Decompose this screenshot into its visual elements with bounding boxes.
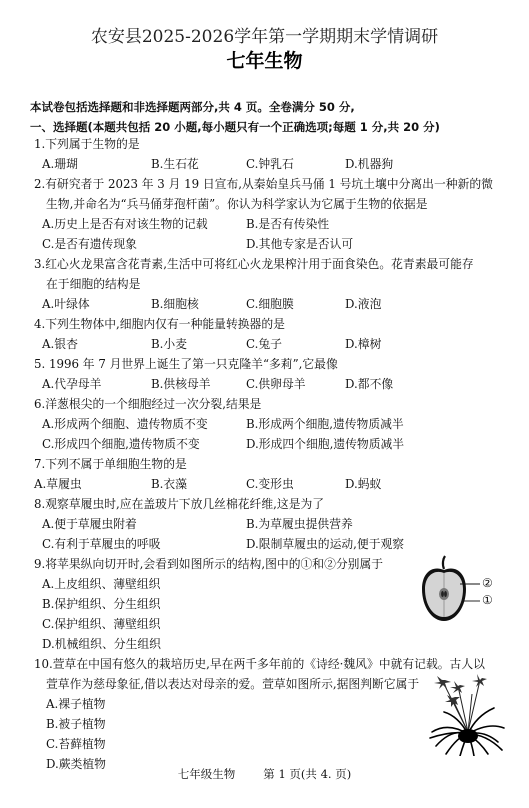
option-d: D.机器狗 (345, 156, 393, 172)
apple-figure: ② ① (418, 555, 518, 627)
option-b: B.是否有传染性 (246, 216, 329, 232)
option-b: B.形成两个细胞,遗传物质减半 (246, 416, 404, 432)
option-c: C.形成四个细胞,遗传物质不变 (42, 436, 200, 452)
option-d: D.限制草履虫的运动,便于观察 (246, 536, 404, 552)
label-1: ① (482, 593, 493, 607)
question-stem: 5. 1996 年 7 月世界上诞生了第一只克隆羊“多莉”,它最像 (34, 356, 338, 372)
option-b: B.供核母羊 (151, 376, 211, 392)
exam-subtitle: 七年生物 (0, 46, 529, 73)
daylily-figure (428, 672, 508, 756)
option-c: C.有利于草履虫的呼吸 (42, 536, 161, 552)
option-d: D.形成四个细胞,遗传物质减半 (246, 436, 404, 452)
question-stem: 10.萱草在中国有悠久的栽培历史,早在两千多年前的《诗经·魏风》中就有记载。古人… (34, 656, 485, 672)
question-stem: 1.下列属于生物的是 (34, 136, 140, 152)
option-b: B.被子植物 (46, 716, 106, 732)
question-stem: 7.下列不属于单细胞生物的是 (34, 456, 187, 472)
option-a: A.代孕母羊 (42, 376, 101, 392)
question-stem: 6.洋葱根尖的一个细胞经过一次分裂,结果是 (34, 396, 261, 412)
option-a: A.上皮组织、薄壁组织 (42, 576, 160, 592)
option-a: A.草履虫 (34, 476, 82, 492)
option-a: A.便于草履虫附着 (42, 516, 137, 532)
option-c: C.是否有遗传现象 (42, 236, 137, 252)
option-a: A.裸子植物 (46, 696, 105, 712)
question-stem: 4.下列生物体中,细胞内仅有一种能量转换器的是 (34, 316, 285, 332)
option-d: D.液泡 (345, 296, 381, 312)
option-a: A.珊瑚 (42, 156, 78, 172)
question-stem: 2.有研究者于 2023 年 3 月 19 日宣布,从秦始皇兵马俑 1 号坑土壤… (34, 176, 493, 192)
option-c: C.供卵母羊 (246, 376, 306, 392)
question-stem: 8.观察草履虫时,应在盖玻片下放几丝棉花纤维,这是为了 (34, 496, 324, 512)
option-c: C.细胞膜 (246, 296, 294, 312)
page-footer: 七年级生物第 1 页(共 4. 页) (0, 766, 529, 782)
option-b: B.小麦 (151, 336, 187, 352)
daylily-plant-icon (428, 672, 508, 756)
option-a: A.叶绿体 (42, 296, 90, 312)
footer-page-number: 第 1 页(共 4. 页) (263, 766, 351, 782)
option-c: C.变形虫 (246, 476, 294, 492)
section-heading: 一、选择题(本题共包括 20 小题,每小题只有一个正确选项;每题 1 分,共 2… (30, 119, 440, 135)
option-a: A.历史上是否有对该生物的记载 (42, 216, 208, 232)
option-b: B.为草履虫提供营养 (246, 516, 353, 532)
option-b: B.细胞核 (151, 296, 199, 312)
option-c: C.保护组织、薄壁组织 (42, 616, 161, 632)
option-a: A.银杏 (42, 336, 78, 352)
apple-cross-section-icon (418, 555, 518, 627)
question-stem-cont: 萱草作为慈母象征,借以表达对母亲的爱。萱草如图所示,据图判断它属于 (46, 676, 419, 692)
question-stem: 9.将苹果纵向切开时,会看到如图所示的结构,图中的①和②分别属于 (34, 556, 383, 572)
option-d: D.机械组织、分生组织 (42, 636, 161, 652)
option-d: D.樟树 (345, 336, 381, 352)
option-d: D.蚂蚁 (345, 476, 381, 492)
footer-subject: 七年级生物 (178, 766, 236, 782)
option-c: C.兔子 (246, 336, 282, 352)
option-b: B.保护组织、分生组织 (42, 596, 161, 612)
exam-title: 农安县2025-2026学年第一学期期末学情调研 (0, 22, 529, 47)
exam-intro: 本试卷包括选择题和非选择题两部分,共 4 页。全卷满分 50 分, (30, 99, 355, 115)
option-d: D.都不像 (345, 376, 393, 392)
question-stem: 3.红心火龙果富含花青素,生活中可将红心火龙果榨汁用于面食染色。花青素最可能存 (34, 256, 474, 272)
option-d: D.其他专家是否认可 (246, 236, 353, 252)
label-2: ② (482, 576, 493, 590)
option-b: B.衣藻 (151, 476, 187, 492)
option-c: C.钟乳石 (246, 156, 294, 172)
question-stem-cont: 生物,并命名为“兵马俑芽孢杆菌”。你认为科学家认为它属于生物的依据是 (46, 196, 428, 212)
option-c: C.苔藓植物 (46, 736, 106, 752)
option-a: A.形成两个细胞、遗传物质不变 (42, 416, 208, 432)
option-b: B.生石花 (151, 156, 199, 172)
question-stem-cont: 在于细胞的结构是 (46, 276, 140, 292)
